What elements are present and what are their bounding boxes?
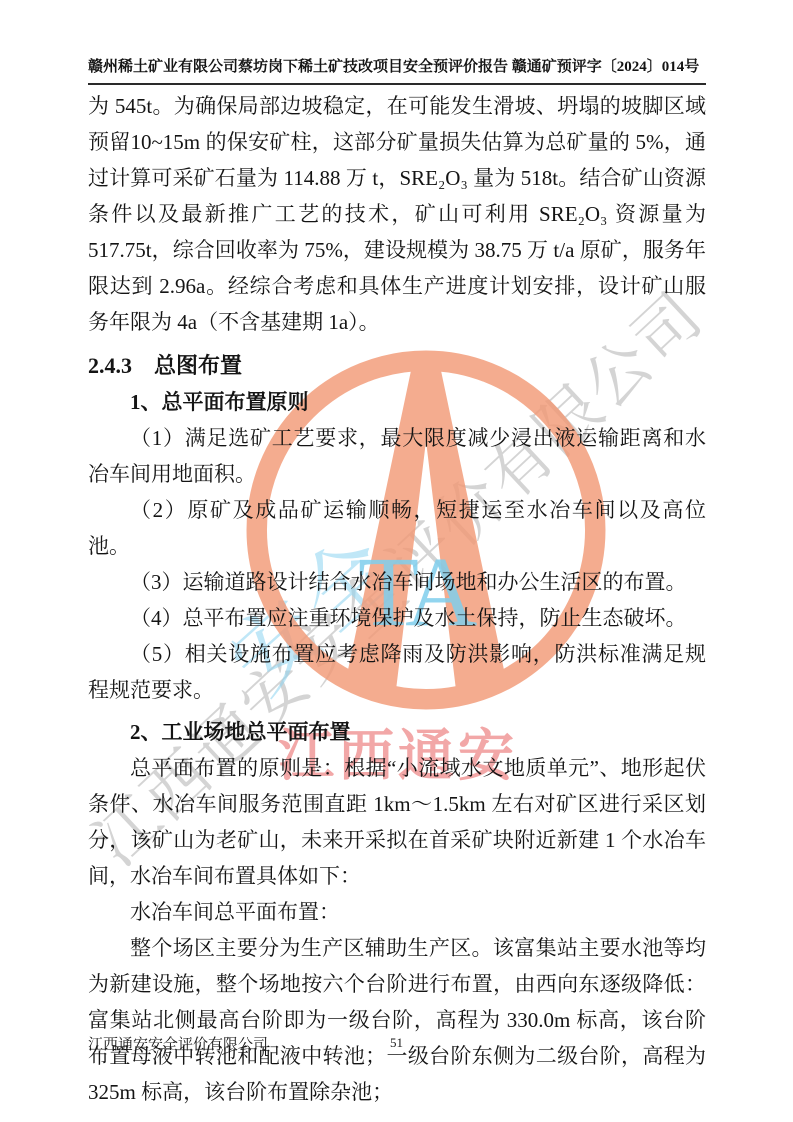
- page-header: 赣州稀土矿业有限公司蔡坊岗下稀土矿技改项目安全预评价报告 赣通矿预评字〔2024…: [88, 56, 706, 85]
- section-heading-2-4-3: 2.4.3 总图布置: [88, 348, 706, 384]
- header-title: 赣州稀土矿业有限公司蔡坊岗下稀土矿技改项目安全预评价报告 赣通矿预评字〔2024…: [88, 59, 699, 75]
- principle-item-3: （3）运输道路设计结合水冶车间场地和办公生活区的布置。: [88, 564, 706, 600]
- text-layer: 赣州稀土矿业有限公司蔡坊岗下稀土矿技改项目安全预评价报告 赣通矿预评字〔2024…: [0, 0, 793, 1122]
- paragraph-workshop-title: 水冶车间总平面布置：: [88, 894, 706, 930]
- paragraph-site-description: 整个场区主要分为生产区辅助生产区。该富集站主要水池等均为新建设施，整个场地按六个…: [88, 930, 706, 1110]
- report-page: 江西通安安全评价有限公司 安全 TA 江西通安 赣州稀土矿业有限公司蔡坊岗下稀土…: [0, 0, 793, 1122]
- subsection-2-heading: 2、工业场地总平面布置: [88, 714, 706, 750]
- paragraph-intro: 为 545t。为确保局部边坡稳定，在可能发生滑坡、坍塌的坡脚区域预留10~15m…: [88, 88, 706, 340]
- paragraph-layout-principle: 总平面布置的原则是：根据“小流域水文地质单元”、地形起伏条件、水冶车间服务范围直…: [88, 750, 706, 894]
- principle-item-4: （4）总平布置应注重环境保护及水土保持，防止生态破坏。: [88, 600, 706, 636]
- page-number: 51: [0, 1035, 793, 1051]
- principle-item-2: （2）原矿及成品矿运输顺畅，短捷运至水冶车间以及高位池。: [88, 492, 706, 564]
- principle-item-5: （5）相关设施布置应考虑降雨及防洪影响，防洪标准满足规程规范要求。: [88, 636, 706, 708]
- document-body: 为 545t。为确保局部边坡稳定，在可能发生滑坡、坍塌的坡脚区域预留10~15m…: [88, 88, 706, 1110]
- principle-item-1: （1）满足选矿工艺要求，最大限度减少浸出液运输距离和水冶车间用地面积。: [88, 420, 706, 492]
- subsection-1-heading: 1、总平面布置原则: [88, 384, 706, 420]
